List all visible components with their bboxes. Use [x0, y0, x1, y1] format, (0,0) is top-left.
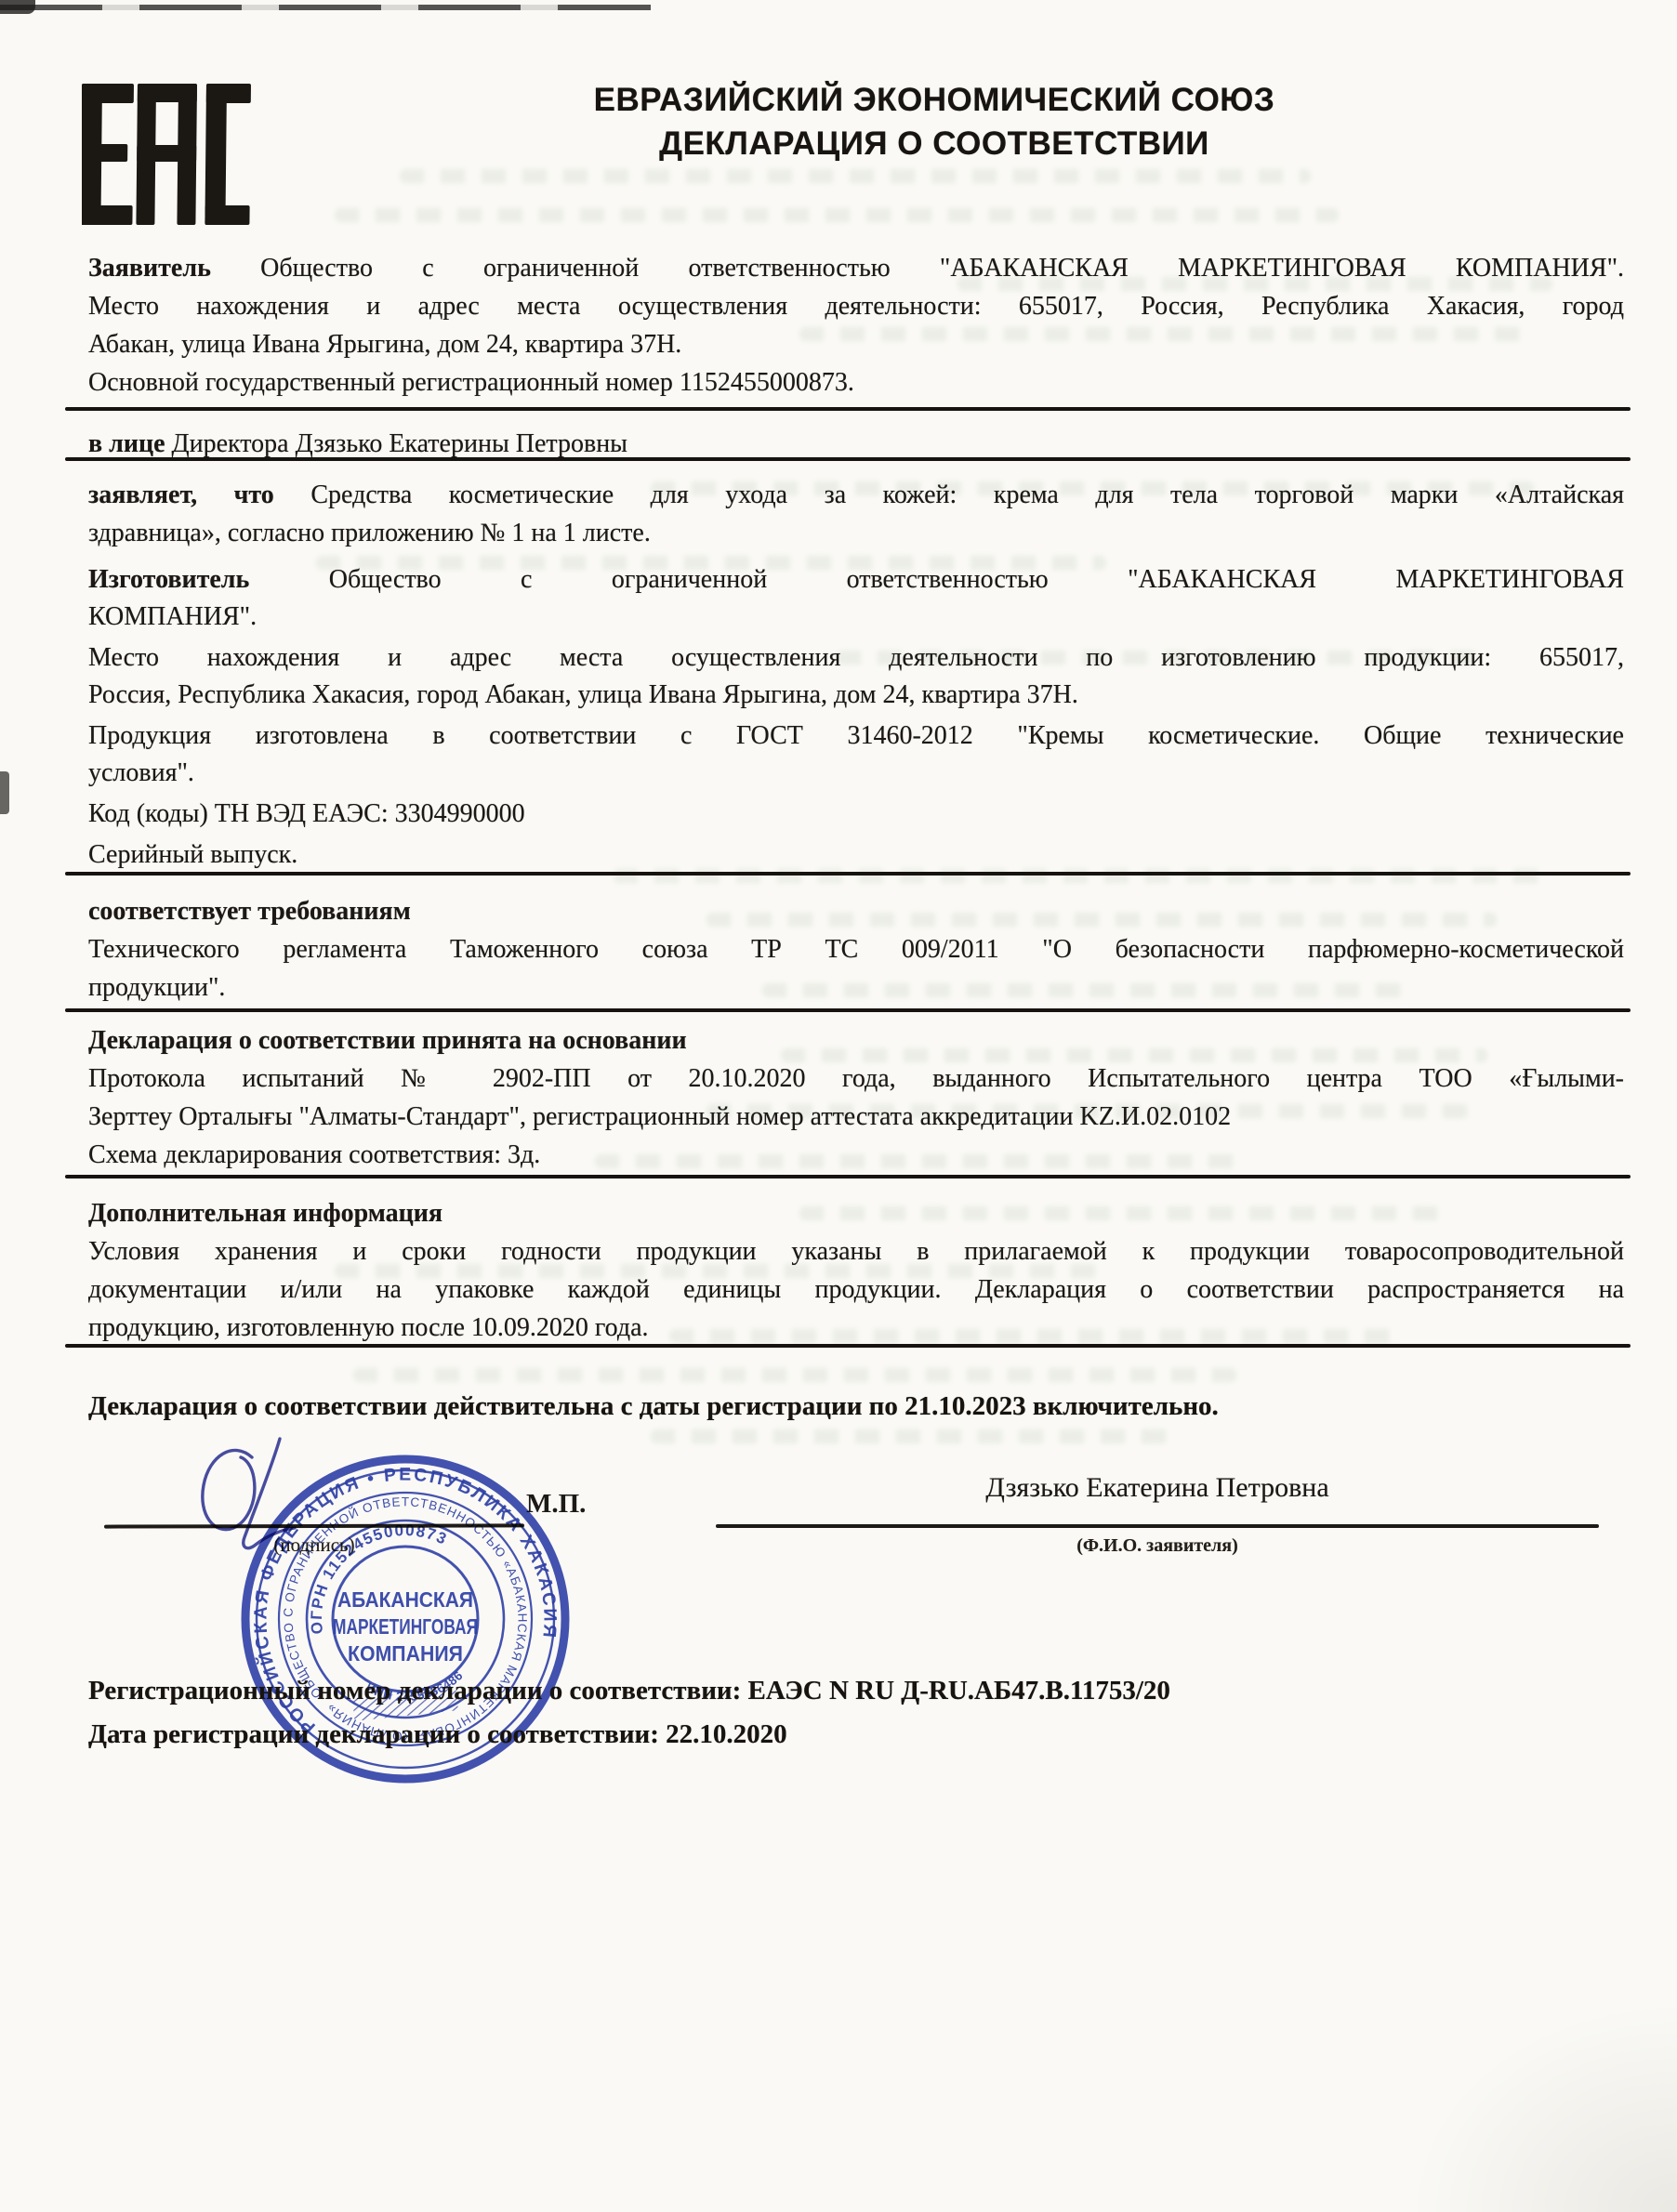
fio-caption: (Ф.И.О. заявителя) — [716, 1535, 1599, 1557]
conformity-text-line1: Технического регламента Таможенного союз… — [88, 930, 1624, 968]
title-line-declaration: ДЕКЛАРАЦИЯ О СООТВЕТСТВИИ — [167, 122, 1677, 165]
basis-scheme-line: Схема декларирования соответствия: 3д. — [88, 1136, 1624, 1174]
manufacturer-name-line2: КОМПАНИЯ". — [88, 599, 1624, 636]
basis-protocol-line1: Протокола испытаний № 2902-ПП от 20.10.2… — [88, 1060, 1624, 1098]
manufacturer-section: Изготовитель Общество с ограниченной отв… — [88, 561, 1624, 874]
scan-corner-shade — [1417, 2008, 1677, 2212]
conformity-heading: соответствует требованиям — [88, 892, 1624, 930]
additional-info-section: Дополнительная информация Условия хранен… — [88, 1194, 1624, 1347]
applicant-fio: Дзязько Екатерина Петровна — [716, 1472, 1599, 1504]
serial-issue-line: Серийный выпуск. — [88, 836, 1624, 874]
conformity-section: соответствует требованиям Технического р… — [88, 892, 1624, 1007]
manufacturer-address-line1: Место нахождения и адрес места осуществл… — [88, 639, 1624, 677]
additional-info-line3: продукцию, изготовленную после 10.09.202… — [88, 1309, 1624, 1347]
stamp-center-line1: АБАКАНСКАЯ — [337, 1587, 473, 1612]
scan-bleed-artifact — [353, 1368, 1236, 1382]
declares-line1: заявляет, что Средства косметические для… — [88, 476, 1624, 514]
fio-line — [716, 1524, 1599, 1528]
title-line-union: ЕВРАЗИЙСКИЙ ЭКОНОМИЧЕСКИЙ СОЮЗ — [167, 78, 1677, 122]
in-person-label: в лице — [88, 429, 165, 458]
basis-section: Декларация о соответствии принята на осн… — [88, 1021, 1624, 1174]
applicant-ogrn-line: Основной государственный регистрационный… — [88, 363, 1624, 402]
form-rule — [65, 457, 1631, 461]
additional-info-line2: документации и/или на упаковке каждой ед… — [88, 1271, 1624, 1309]
in-person-text: Директора Дзязько Екатерины Петровны — [165, 429, 627, 458]
tn-ved-code-line: Код (коды) ТН ВЭД ЕАЭС: 3304990000 — [88, 796, 1624, 833]
applicant-name-line: Заявитель Общество с ограниченной ответс… — [88, 249, 1624, 287]
basis-protocol-line2: Зерттеу Орталығы "Алматы-Стандарт", реги… — [88, 1098, 1624, 1136]
manufacturer-gost-line2: условия". — [88, 755, 1624, 792]
applicant-section: Заявитель Общество с ограниченной ответс… — [88, 249, 1624, 402]
applicant-address-line1: Место нахождения и адрес места осуществл… — [88, 287, 1624, 325]
manufacturer-address-line2: Россия, Республика Хакасия, город Абакан… — [88, 677, 1624, 714]
applicant-address-line2: Абакан, улица Ивана Ярыгина, дом 24, ква… — [88, 325, 1624, 363]
declares-section: заявляет, что Средства косметические для… — [88, 476, 1624, 552]
manufacturer-name-line1: Изготовитель Общество с ограниченной отв… — [88, 561, 1624, 599]
declares-text1: Средства косметические для ухода за коже… — [274, 481, 1624, 509]
scan-corner-artifact — [0, 0, 35, 14]
form-rule — [65, 1175, 1631, 1178]
form-rule — [65, 1008, 1631, 1012]
applicant-name: Общество с ограниченной ответственностью… — [211, 254, 1624, 283]
scan-bleed-artifact — [651, 1429, 1171, 1443]
declares-label: заявляет, что — [88, 481, 274, 509]
scan-bleed-artifact — [335, 208, 1339, 222]
scan-bleed-artifact — [400, 169, 1311, 183]
manufacturer-label: Изготовитель — [88, 565, 249, 594]
scan-edge-artifact — [0, 5, 651, 10]
registration-number-line: Регистрационный номер декларации о соотв… — [88, 1672, 1624, 1709]
form-rule — [65, 872, 1631, 876]
manufacturer-gost-line1: Продукция изготовлена в соответствии с Г… — [88, 718, 1624, 755]
conformity-text-line2: продукции". — [88, 968, 1624, 1007]
form-rule — [65, 407, 1631, 411]
additional-info-line1: Условия хранения и сроки годности продук… — [88, 1232, 1624, 1271]
validity-line: Декларация о соответствии действительна … — [88, 1391, 1624, 1422]
basis-heading: Декларация о соответствии принята на осн… — [88, 1021, 1624, 1060]
manufacturer-name1: Общество с ограниченной ответственностью… — [249, 565, 1624, 594]
declaration-document-page: ЕВРАЗИЙСКИЙ ЭКОНОМИЧЕСКИЙ СОЮЗ ДЕКЛАРАЦИ… — [0, 0, 1677, 2212]
document-title: ЕВРАЗИЙСКИЙ ЭКОНОМИЧЕСКИЙ СОЮЗ ДЕКЛАРАЦИ… — [167, 78, 1677, 165]
registration-date-line: Дата регистрации декларации о соответств… — [88, 1716, 1624, 1753]
additional-info-heading: Дополнительная информация — [88, 1194, 1624, 1232]
applicant-label: Заявитель — [88, 254, 211, 283]
stamp-center-line2: МАРКЕТИНГОВАЯ — [333, 1614, 478, 1639]
form-rule — [65, 1344, 1631, 1348]
declares-line2: здравница», согласно приложению № 1 на 1… — [88, 514, 1624, 552]
stamp-center-line3: КОМПАНИЯ — [348, 1641, 463, 1666]
scan-edge-tick-artifact — [0, 771, 9, 814]
